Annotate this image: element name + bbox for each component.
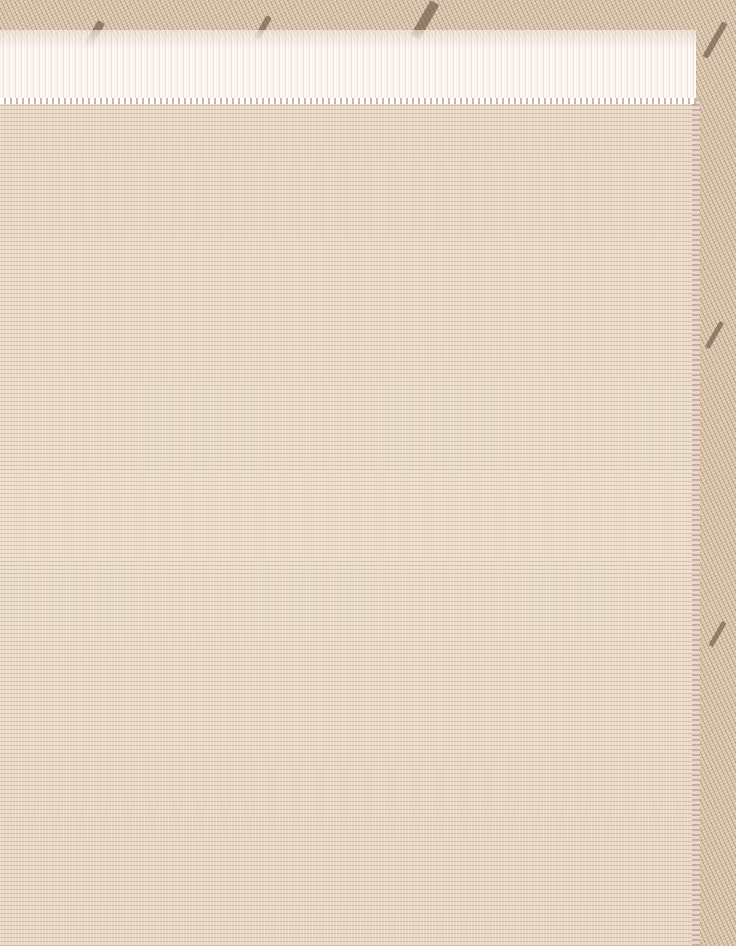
rug-motif bbox=[708, 621, 726, 648]
rug-fringe bbox=[0, 30, 696, 104]
rug-motif bbox=[702, 21, 727, 59]
rug-motif bbox=[705, 321, 724, 349]
rug-back-weave bbox=[0, 100, 696, 946]
rug-side-edge bbox=[692, 100, 700, 946]
rug-photo bbox=[0, 0, 736, 946]
fringe-stitch-line bbox=[0, 98, 696, 104]
